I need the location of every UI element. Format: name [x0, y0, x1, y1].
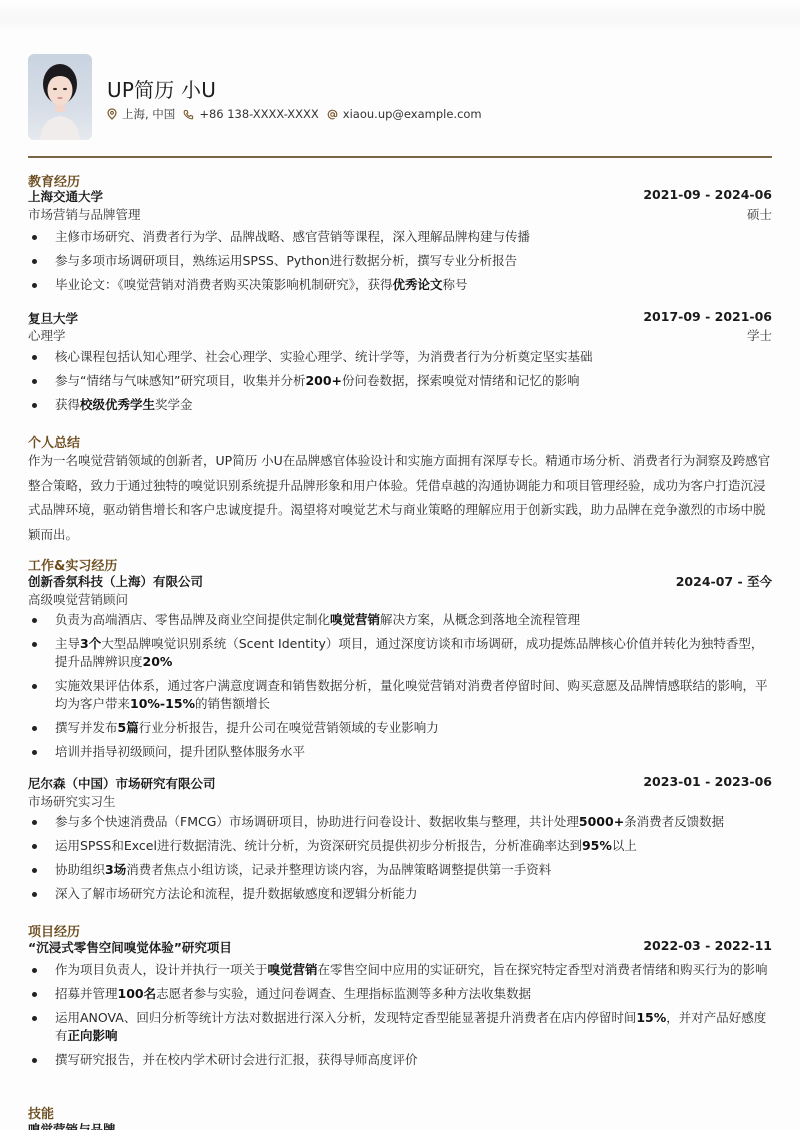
contact-info: 上海, 中国 +86 138-XXXX-XXXX xiaou.up@exampl… [107, 106, 490, 122]
school-name: 复旦大学 [28, 311, 78, 326]
project-date: 2022-03 - 2022-11 [643, 938, 772, 953]
list-item: 培训并指导初级顾问，提升团队整体服务水平 [28, 743, 772, 761]
major: 市场营销与品牌管理 [28, 207, 141, 222]
list-item: 主修市场研究、消费者行为学、品牌战略、感官营销等课程，深入理解品牌构建与传播 [28, 228, 772, 246]
major: 心理学 [28, 328, 66, 343]
education-entry-school: 上海交通大学 2021-09 - 2024-06 [28, 187, 772, 205]
contact-email[interactable]: xiaou.up@example.com [327, 107, 482, 121]
list-item: 负责为高端酒店、零售品牌及商业空间提供定制化嗅觉营销解决方案，从概念到落地全流程… [28, 611, 772, 629]
contact-phone: +86 138-XXXX-XXXX [183, 107, 318, 121]
list-item: 实施效果评估体系，通过客户满意度调查和销售数据分析，量化嗅觉营销对消费者停留时间… [28, 677, 772, 713]
work-bullets: 负责为高端酒店、零售品牌及商业空间提供定制化嗅觉营销解决方案，从概念到落地全流程… [28, 611, 772, 767]
education-entry-school: 复旦大学 2017-09 - 2021-06 [28, 309, 772, 327]
education-entry-major: 心理学 学士 [28, 326, 772, 344]
list-item: 协助组织3场消费者焦点小组访谈，记录并整理访谈内容，为品牌策略调整提供第一手资料 [28, 861, 772, 879]
list-item: 核心课程包括认知心理学、社会心理学、实验心理学、统计学等，为消费者行为分析奠定坚… [28, 348, 772, 366]
list-item: 运用SPSS和Excel进行数据清洗、统计分析，为资深研究员提供初步分析报告，分… [28, 837, 772, 855]
company-name: 尼尔森（中国）市场研究有限公司 [28, 776, 216, 791]
list-item: 参与“情绪与气味感知”研究项目，收集并分析200+份问卷数据，探索嗅觉对情绪和记… [28, 372, 772, 390]
candidate-name: UP简历 小U [107, 74, 216, 103]
location-text: 上海, 中国 [122, 106, 175, 122]
phone-text: +86 138-XXXX-XXXX [199, 107, 318, 121]
list-item: 撰写研究报告，并在校内学术研讨会进行汇报，获得导师高度评价 [28, 1051, 772, 1069]
project-name: “沉浸式零售空间嗅觉体验”研究项目 [28, 940, 232, 955]
resume-header: UP简历 小U 上海, 中国 +86 138-XXXX-XXXX [28, 54, 772, 140]
education-date: 2017-09 - 2021-06 [643, 309, 772, 324]
school-name: 上海交通大学 [28, 189, 103, 204]
education-entry-major: 市场营销与品牌管理 硕士 [28, 205, 772, 223]
company-name: 创新香氛科技（上海）有限公司 [28, 574, 203, 589]
location-pin-icon [107, 108, 117, 120]
contact-location: 上海, 中国 [107, 106, 175, 122]
list-item: 主导3个大型品牌嗅觉识别系统（Scent Identity）项目，通过深度访谈和… [28, 635, 772, 671]
job-title: 高级嗅觉营销顾问 [28, 592, 128, 607]
at-icon [327, 109, 338, 120]
degree: 学士 [747, 326, 772, 344]
work-date: 2023-01 - 2023-06 [643, 774, 772, 789]
list-item: 运用ANOVA、回归分析等统计方法对数据进行深入分析，发现特定香型能显著提升消费… [28, 1009, 772, 1045]
list-item: 参与多项市场调研项目，熟练运用SPSS、Python进行数据分析，撰写专业分析报… [28, 252, 772, 270]
work-entry-role: 高级嗅觉营销顾问 [28, 590, 772, 608]
list-item: 深入了解市场研究方法论和流程，提升数据敏感度和逻辑分析能力 [28, 885, 772, 903]
work-bullets: 参与多个快速消费品（FMCG）市场调研项目，协助进行问卷设计、数据收集与整理，共… [28, 813, 772, 909]
list-item: 作为项目负责人，设计并执行一项关于嗅觉营销在零售空间中应用的实证研究，旨在探究特… [28, 961, 772, 979]
list-item: 撰写并发布5篇行业分析报告，提升公司在嗅觉营销领域的专业影响力 [28, 719, 772, 737]
project-bullets: 作为项目负责人，设计并执行一项关于嗅觉营销在零售空间中应用的实证研究，旨在探究特… [28, 961, 772, 1075]
education-bullets: 主修市场研究、消费者行为学、品牌战略、感官营销等课程，深入理解品牌构建与传播 参… [28, 228, 772, 300]
project-entry-name: “沉浸式零售空间嗅觉体验”研究项目 2022-03 - 2022-11 [28, 938, 772, 956]
education-date: 2021-09 - 2024-06 [643, 187, 772, 202]
work-entry-role: 市场研究实习生 [28, 792, 772, 810]
top-shadow [0, 0, 800, 30]
education-bullets: 核心课程包括认知心理学、社会心理学、实验心理学、统计学等，为消费者行为分析奠定坚… [28, 348, 772, 420]
email-text[interactable]: xiaou.up@example.com [343, 107, 482, 121]
degree: 硕士 [747, 205, 772, 223]
list-item: 毕业论文：《嗅觉营销对消费者购买决策影响机制研究》，获得优秀论文称号 [28, 276, 772, 294]
avatar [28, 54, 92, 140]
list-item: 参与多个快速消费品（FMCG）市场调研项目，协助进行问卷设计、数据收集与整理，共… [28, 813, 772, 831]
job-title: 市场研究实习生 [28, 794, 116, 809]
skill-category: 嗅觉营销与品牌 [28, 1120, 772, 1130]
header-divider [28, 156, 772, 158]
work-entry-company: 创新香氛科技（上海）有限公司 2024-07 - 至今 [28, 572, 772, 590]
list-item: 获得校级优秀学生奖学金 [28, 396, 772, 414]
work-entry-company: 尼尔森（中国）市场研究有限公司 2023-01 - 2023-06 [28, 774, 772, 792]
summary-text: 作为一名嗅觉营销领域的创新者，UP简历 小U在品牌感官体验设计和实施方面拥有深厚… [28, 449, 772, 547]
list-item: 招募并管理100名志愿者参与实验，通过问卷调查、生理指标监测等多种方法收集数据 [28, 985, 772, 1003]
work-date: 2024-07 - 至今 [676, 572, 772, 590]
phone-icon [183, 109, 194, 120]
